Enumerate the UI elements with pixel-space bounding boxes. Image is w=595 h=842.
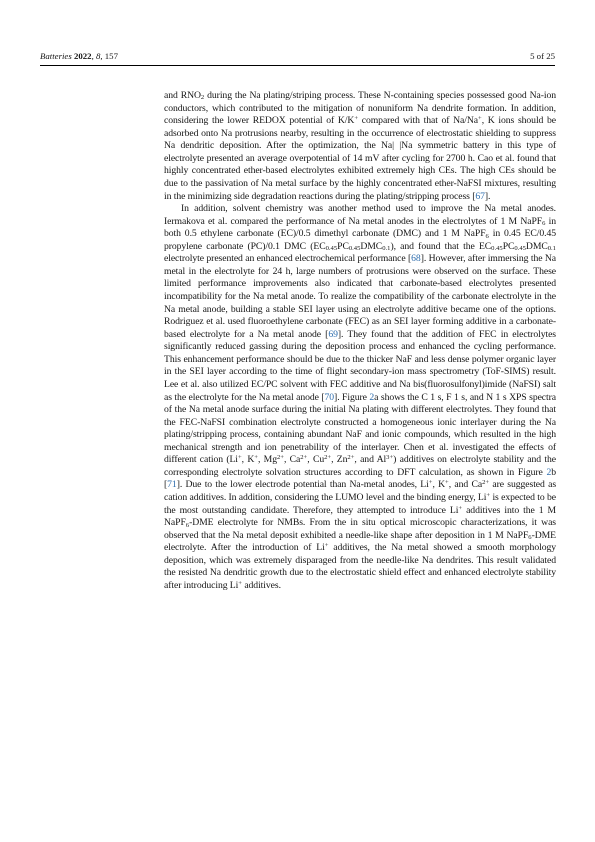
text-run: ]. <box>485 191 491 202</box>
text-run: , and Ca <box>449 479 482 490</box>
page-number: 5 of 25 <box>530 51 555 61</box>
text-run: 0.1 <box>548 245 556 252</box>
text-run: compared with that of Na/Na <box>358 115 478 126</box>
text-run: , K <box>242 454 255 465</box>
text-run: ]. Due to the lower electrode potential … <box>177 479 429 490</box>
text-run: , Mg <box>258 454 277 465</box>
text-run: PC <box>503 241 515 252</box>
text-run: , Ca <box>284 454 300 465</box>
text-run: electrolyte presented an enhanced electr… <box>164 253 411 264</box>
text-run: 0.45 <box>491 245 503 252</box>
text-run: 2+ <box>300 454 307 461</box>
text-run: 2+ <box>347 454 354 461</box>
paragraph: In addition, solvent chemistry was anoth… <box>164 203 556 592</box>
text-run: , Zn <box>331 454 347 465</box>
text-run: DMC <box>526 241 548 252</box>
text-run: + <box>429 479 433 486</box>
text-run: ), and found that the EC <box>390 241 491 252</box>
running-header: Batteries 2022, 8, 157 5 of 25 <box>40 51 555 61</box>
text-run: 0.45 <box>349 245 361 252</box>
text-run: , K <box>432 479 445 490</box>
text-run: + <box>458 505 462 512</box>
paragraph: and RNO2 during the Na plating/striping … <box>164 90 556 203</box>
text-run: -DME electrolyte for NMBs. From the in s… <box>164 517 556 541</box>
header-rule <box>40 65 555 66</box>
text-run: Batteries <box>40 51 74 61</box>
text-run: 2022 <box>74 51 92 61</box>
text-run: 6 <box>486 233 489 240</box>
text-run: + <box>445 479 449 486</box>
text-run: 2+ <box>277 454 284 461</box>
text-run: 0.1 <box>382 245 390 252</box>
text-run: 0.45 <box>514 245 526 252</box>
text-run: + <box>478 115 482 122</box>
citation-link[interactable]: 71 <box>167 479 177 490</box>
text-run: + <box>238 580 242 587</box>
text-run: + <box>238 454 242 461</box>
text-run: 6 <box>186 522 189 529</box>
citation-link[interactable]: 69 <box>328 329 338 340</box>
text-run: 2 <box>201 94 204 101</box>
journal-citation: Batteries 2022, 8, 157 <box>40 51 118 61</box>
text-run: ]. However, after immersing the Na metal… <box>164 253 556 339</box>
text-run: DMC <box>360 241 382 252</box>
text-run: and RNO <box>164 90 201 101</box>
text-run: + <box>354 115 358 122</box>
text-run: + <box>254 454 258 461</box>
text-run: , K ions should be adsorbed onto Na prot… <box>164 115 556 201</box>
text-run: 6 <box>542 220 545 227</box>
text-run: , and Al <box>354 454 386 465</box>
text-run: 2+ <box>324 454 331 461</box>
text-run: 3+ <box>386 454 393 461</box>
text-run: + <box>486 492 490 499</box>
document-page: Batteries 2022, 8, 157 5 of 25 and RNO2 … <box>0 0 595 842</box>
text-run: ]. Figure <box>334 392 369 403</box>
citation-link[interactable]: 67 <box>475 191 485 202</box>
text-run: In addition, solvent chemistry was anoth… <box>164 203 556 227</box>
text-run: , Cu <box>307 454 324 465</box>
text-run: 6 <box>528 534 531 541</box>
body-text: and RNO2 during the Na plating/striping … <box>164 90 556 593</box>
text-run: 2+ <box>482 479 489 486</box>
text-run: 0.45 <box>326 245 338 252</box>
text-run: PC <box>337 241 349 252</box>
citation-link[interactable]: 70 <box>325 392 335 403</box>
citation-link[interactable]: 68 <box>411 253 421 264</box>
text-run: + <box>325 542 329 549</box>
text-run: , 157 <box>100 51 118 61</box>
text-run: additives. <box>242 580 281 591</box>
